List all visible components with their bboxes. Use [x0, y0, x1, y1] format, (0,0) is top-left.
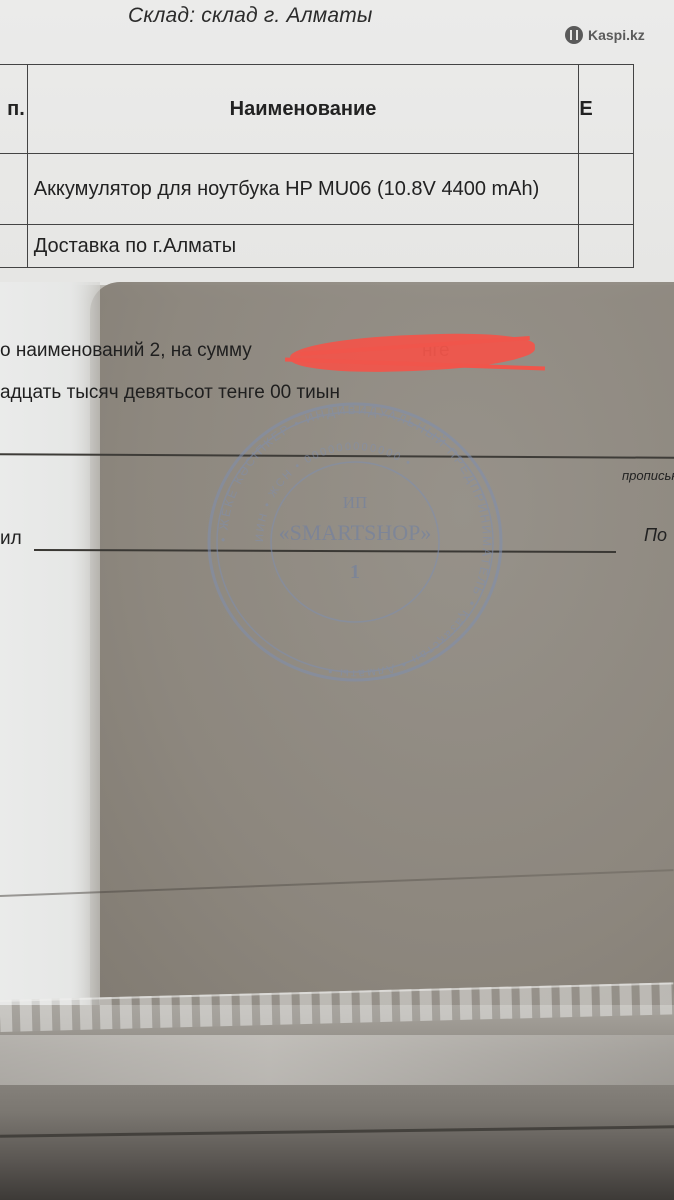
kaspi-watermark: Kaspi.kz	[565, 26, 645, 44]
stamp-number: 1	[350, 561, 360, 583]
table-row: Аккумулятор для ноутбука HP MU06 (10.8V …	[0, 154, 634, 225]
bag-reflection	[0, 1035, 674, 1085]
table-row: Доставка по г.Алматы	[0, 225, 634, 268]
column-header-unit: Е	[579, 65, 634, 154]
caption-in-words: прописью	[622, 468, 674, 483]
stamp-name: «SMARTSHOP»	[279, 520, 432, 545]
table-header-row: п. Наименование Е	[0, 65, 634, 154]
row-item-name: Доставка по г.Алматы	[27, 225, 579, 268]
received-by-label: По	[644, 525, 667, 546]
stamp-type: ИП	[343, 493, 368, 512]
company-stamp: • ЖЕКЕ КӘСІПКЕР • ИНДИВИДУАЛЬНЫЙ ПРЕДПРИ…	[205, 400, 505, 685]
column-header-name: Наименование	[27, 65, 579, 154]
column-header-number: п.	[0, 65, 27, 154]
items-table: п. Наименование Е Аккумулятор для ноутбу…	[0, 64, 634, 268]
released-by-label: ил	[0, 528, 22, 550]
row-unit	[579, 225, 634, 268]
summary-count-text: о наименований 2, на сумму	[0, 340, 252, 361]
row-number	[0, 225, 27, 268]
kaspi-watermark-text: Kaspi.kz	[588, 27, 645, 43]
row-number	[0, 154, 27, 225]
warehouse-label: Склад: склад г. Алматы	[128, 4, 373, 28]
kaspi-logo-icon	[565, 26, 583, 44]
row-unit	[579, 154, 634, 225]
row-item-name: Аккумулятор для ноутбука HP MU06 (10.8V …	[27, 154, 579, 225]
